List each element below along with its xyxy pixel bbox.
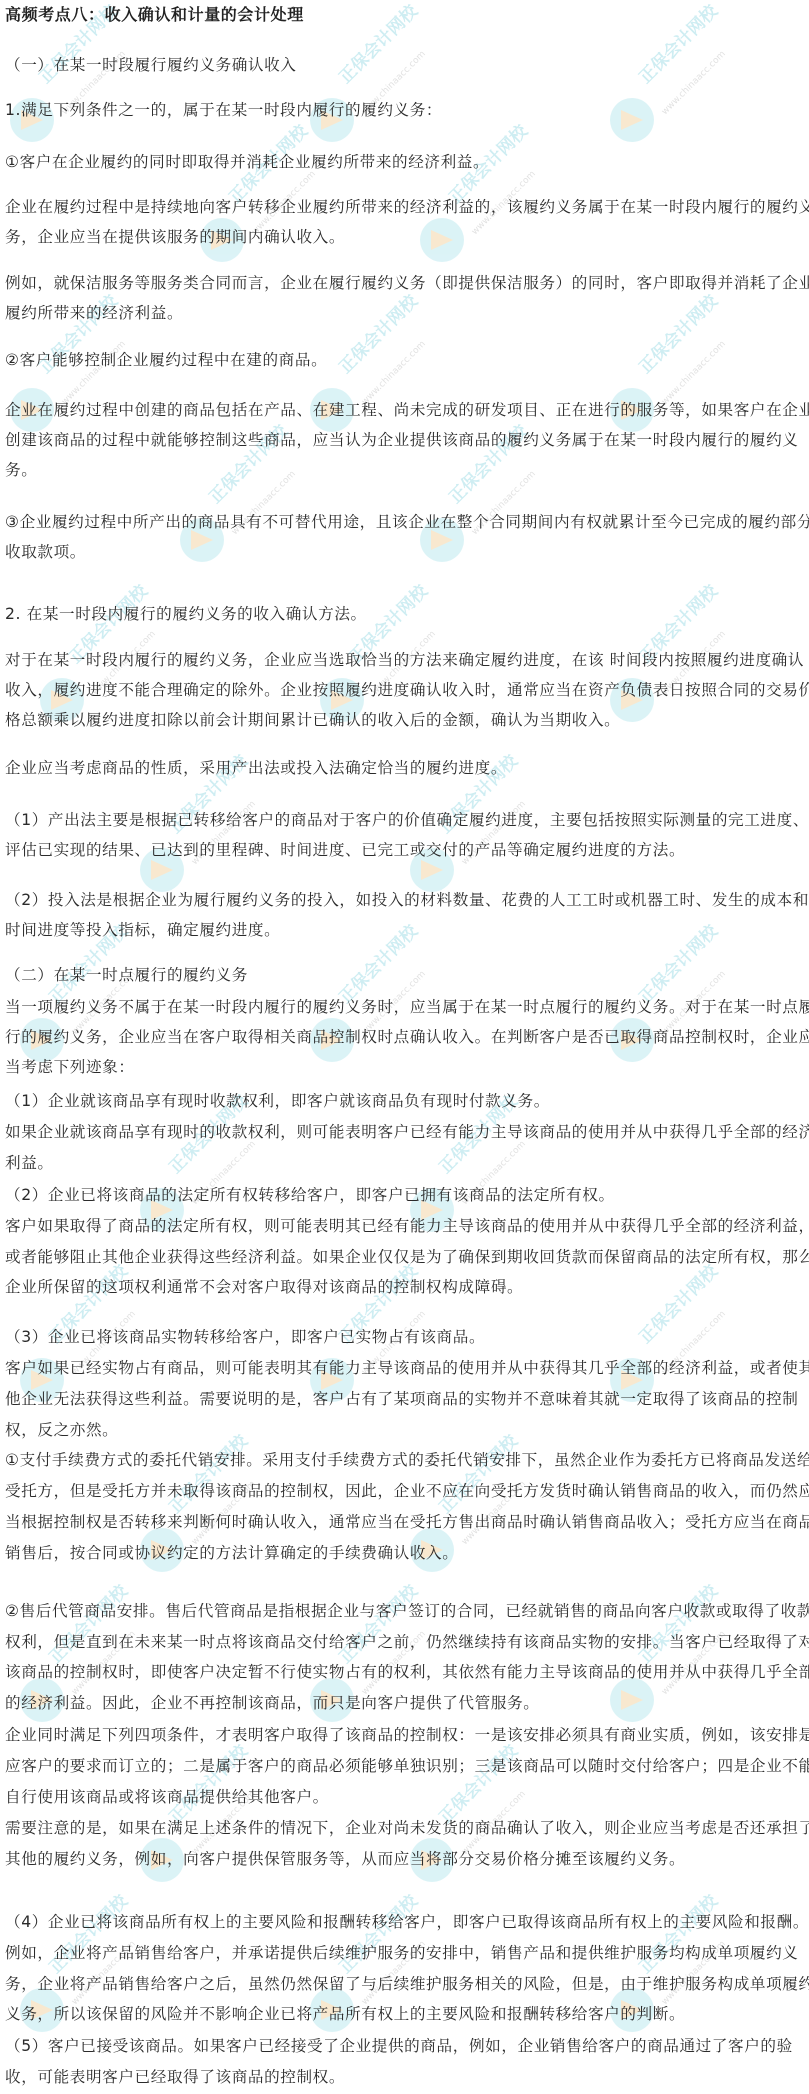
watermark-logo-icon: 正保会计网校www.chinaacc.com: [200, 160, 370, 280]
text-line: 务，企业应当在提供该服务的期间内确认收入。: [5, 227, 345, 247]
watermark-url-text: www.chinaacc.com: [660, 49, 728, 117]
watermark-url-text: www.chinaacc.com: [360, 339, 428, 407]
brand-logo-icon: [420, 218, 464, 262]
text-line: 收取款项。: [5, 542, 86, 562]
watermark-brand-text: 正保会计网校: [332, 918, 422, 1008]
watermark-logo-icon: 正保会计网校www.chinaacc.com: [610, 40, 780, 160]
text-line: 企业在履约过程中是持续地向客户转移企业履约所带来的经济利益的，该履约义务属于在某…: [5, 197, 809, 217]
text-line: （4）企业已将该商品所有权上的主要风险和报酬转移给客户，即客户已取得该商品所有权…: [5, 1912, 809, 1932]
text-line: 履约所带来的经济利益。: [5, 303, 183, 323]
text-line: 收入，履约进度不能合理确定的除外。企业按照履约进度确认收入时，通常应当在资产负债…: [5, 680, 809, 700]
text-line: 格总额乘以履约进度扣除以前会计期间累计已确认的收入后的金额，确认为当期收入。: [5, 710, 620, 730]
text-line: 企业在履约过程中创建的商品包括在产品、在建工程、尚未完成的研发项目、正在进行的服…: [5, 400, 809, 420]
text-line: 务，企业将产品销售给客户之后，虽然仍然保留了与后续维护服务相关的风险，但是，由于…: [5, 1974, 809, 1994]
text-line: ②客户能够控制企业履约过程中在建的商品。: [5, 350, 327, 370]
brand-logo-icon: [610, 1678, 654, 1722]
watermark-brand-text: 正保会计网校: [632, 1578, 722, 1668]
text-line: 受托方，但是受托方并未取得该商品的控制权，因此，企业不应在向受托方发货时确认销售…: [5, 1481, 809, 1501]
text-line: 当根据控制权是否转移来判断何时确认收入，通常应当在受托方售出商品时确认销售商品收…: [5, 1512, 809, 1532]
text-line: 的经济利益。因此，企业不再控制该商品，而只是向客户提供了代管服务。: [5, 1693, 539, 1713]
text-line: 例如，企业将产品销售给客户，并承诺提供后续维护服务的安排中，销售产品和提供维护服…: [5, 1943, 799, 1963]
text-line: 义务，所以该保留的风险并不影响企业已将产品所有权上的主要风险和报酬转移给客户的判…: [5, 2004, 685, 2024]
watermark-logo-icon: 正保会计网校www.chinaacc.com: [610, 960, 780, 1080]
text-line: （2）投入法是根据企业为履行履约义务的投入，如投入的材料数量、花费的人工工时或机…: [5, 890, 809, 910]
text-line: 对于在某一时段内履行的履约义务，企业应当选取恰当的方法来确定履约进度，在该 时间…: [5, 650, 804, 670]
text-line: （5）客户已接受该商品。如果客户已经接受了企业提供的商品，例如，企业销售给客户的…: [5, 2036, 793, 2056]
text-line: （二）在某一时点履行的履约义务: [5, 965, 248, 985]
text-line: ①客户在企业履约的同时即取得并消耗企业履约所带来的经济利益。: [5, 152, 489, 172]
watermark-brand-text: 正保会计网校: [42, 1888, 132, 1978]
text-line: 行的履约义务，企业应当在客户取得相关商品控制权时点确认收入。在判断客户是否已取得…: [5, 1027, 809, 1047]
text-line: 需要注意的是，如果在满足上述条件的情况下，企业对尚未发货的商品确认了收入，则企业…: [5, 1818, 809, 1838]
watermark-brand-text: 正保会计网校: [162, 1738, 252, 1828]
text-line: 企业应当考虑商品的性质，采用产出法或投入法确定恰当的履约进度。: [5, 758, 507, 778]
text-line: 其他的履约义务，例如，向客户提供保管服务等，从而应当将部分交易价格分摊至该履约义…: [5, 1849, 685, 1869]
watermark-brand-text: 正保会计网校: [332, 1578, 422, 1668]
brand-logo-icon: [610, 98, 654, 142]
text-line: 或者能够阻止其他企业获得这些经济利益。如果企业仅仅是为了确保到期收回货款而保留商…: [5, 1247, 809, 1267]
text-line: 销售后，按合同或协议约定的方法计算确定的手续费确认收入。: [5, 1543, 458, 1563]
text-line: （1）企业就该商品享有现时收款权利，即客户就该商品负有现时付款义务。: [5, 1091, 550, 1111]
text-line: 当一项履约义务不属于在某一时段内履行的履约义务时，应当属于在某一时点履行的履约义…: [5, 997, 809, 1017]
text-line: 客户如果取得了商品的法定所有权，则可能表明其已经有能力主导该商品的使用并从中获得…: [5, 1216, 809, 1236]
text-line: 企业所保留的这项权利通常不会对客户取得对该商品的控制权构成障碍。: [5, 1277, 523, 1297]
watermark-logo-icon: 正保会计网校www.chinaacc.com: [410, 1780, 580, 1900]
text-line: ①支付手续费方式的委托代销安排。采用支付手续费方式的委托代销安排下，虽然企业作为…: [5, 1450, 809, 1470]
text-line: 企业同时满足下列四项条件，才表明客户取得了该商品的控制权：一是该安排必须具有商业…: [5, 1725, 809, 1745]
text-line: 2. 在某一时段内履行的履约义务的收入确认方法。: [5, 604, 367, 624]
watermark-brand-text: 正保会计网校: [632, 288, 722, 378]
watermark-logo-icon: 正保会计网校www.chinaacc.com: [420, 160, 590, 280]
text-line: 该商品的控制权时，即使客户决定暂不行使实物占有的权利，其依然有能力主导该商品的使…: [5, 1662, 809, 1682]
text-line: ③企业履约过程中所产出的商品具有不可替代用途，且该企业在整个合同期间内有权就累计…: [5, 512, 809, 532]
text-line: 评估已实现的结果、已达到的里程碑、时间进度、已完工或交付的产品等确定履约进度的方…: [5, 840, 685, 860]
text-line: （一）在某一时段履行履约义务确认收入: [5, 55, 297, 75]
text-line: 如果企业就该商品享有现时的收款权利，则可能表明客户已经有能力主导该商品的使用并从…: [5, 1122, 809, 1142]
text-line: 利益。: [5, 1153, 54, 1173]
text-line: 他企业无法获得这些利益。需要说明的是，客户占有了某项商品的实物并不意味着其就一定…: [5, 1389, 799, 1409]
text-line: （1）产出法主要是根据已转移给客户的商品对于客户的价值确定履约进度，主要包括按照…: [5, 810, 809, 830]
text-line: 创建该商品的过程中就能够控制这些商品，应当认为企业提供该商品的履约义务属于在某一…: [5, 430, 799, 450]
watermark-brand-text: 正保会计网校: [162, 1428, 252, 1518]
text-line: 权，反之亦然。: [5, 1420, 118, 1440]
watermark-brand-text: 正保会计网校: [632, 918, 722, 1008]
page-title: 高频考点八：收入确认和计量的会计处理: [5, 5, 304, 25]
text-line: 例如，就保洁服务等服务类合同而言，企业在履行履约义务（即提供保洁服务）的同时，客…: [5, 273, 809, 293]
text-line: 权利，但是直到在未来某一时点将该商品交付给客户之前，仍然继续持有该商品实物的安排…: [5, 1632, 809, 1652]
text-line: 1.满足下列条件之一的，属于在某一时段内履行的履约义务：: [5, 100, 442, 120]
text-line: 自行使用该商品或将该商品提供给其他客户。: [5, 1787, 329, 1807]
watermark-brand-text: 正保会计网校: [42, 1578, 132, 1668]
watermark-brand-text: 正保会计网校: [432, 1738, 522, 1828]
watermark-brand-text: 正保会计网校: [332, 0, 422, 88]
watermark-brand-text: 正保会计网校: [632, 1258, 722, 1348]
watermark-logo-icon: 正保会计网校www.chinaacc.com: [310, 960, 480, 1080]
watermark-brand-text: 正保会计网校: [632, 0, 722, 88]
watermark-brand-text: 正保会计网校: [332, 288, 422, 378]
text-line: 应客户的要求而订立的；二是属于客户的商品必须能够单独识别；三是该商品可以随时交付…: [5, 1756, 809, 1776]
text-line: ②售后代管商品安排。售后代管商品是指根据企业与客户签订的合同，已经就销售的商品向…: [5, 1601, 809, 1621]
text-line: （3）企业已将该商品实物转移给客户，即客户已实物占有该商品。: [5, 1327, 485, 1347]
text-line: 收，可能表明客户已经取得了该商品的控制权。: [5, 2067, 345, 2087]
text-line: （2）企业已将该商品的法定所有权转移给客户，即客户已拥有该商品的法定所有权。: [5, 1185, 615, 1205]
watermark-brand-text: 正保会计网校: [632, 1888, 722, 1978]
text-line: 当考虑下列迹象：: [5, 1057, 135, 1077]
text-line: 时间进度等投入指标，确定履约进度。: [5, 920, 280, 940]
watermark-brand-text: 正保会计网校: [432, 1428, 522, 1518]
watermark-url-text: www.chinaacc.com: [660, 339, 728, 407]
text-line: 客户如果已经实物占有商品，则可能表明其有能力主导该商品的使用并从中获得其几乎全部…: [5, 1358, 809, 1378]
watermark-brand-text: 正保会计网校: [332, 1888, 422, 1978]
text-line: 务。: [5, 460, 37, 480]
